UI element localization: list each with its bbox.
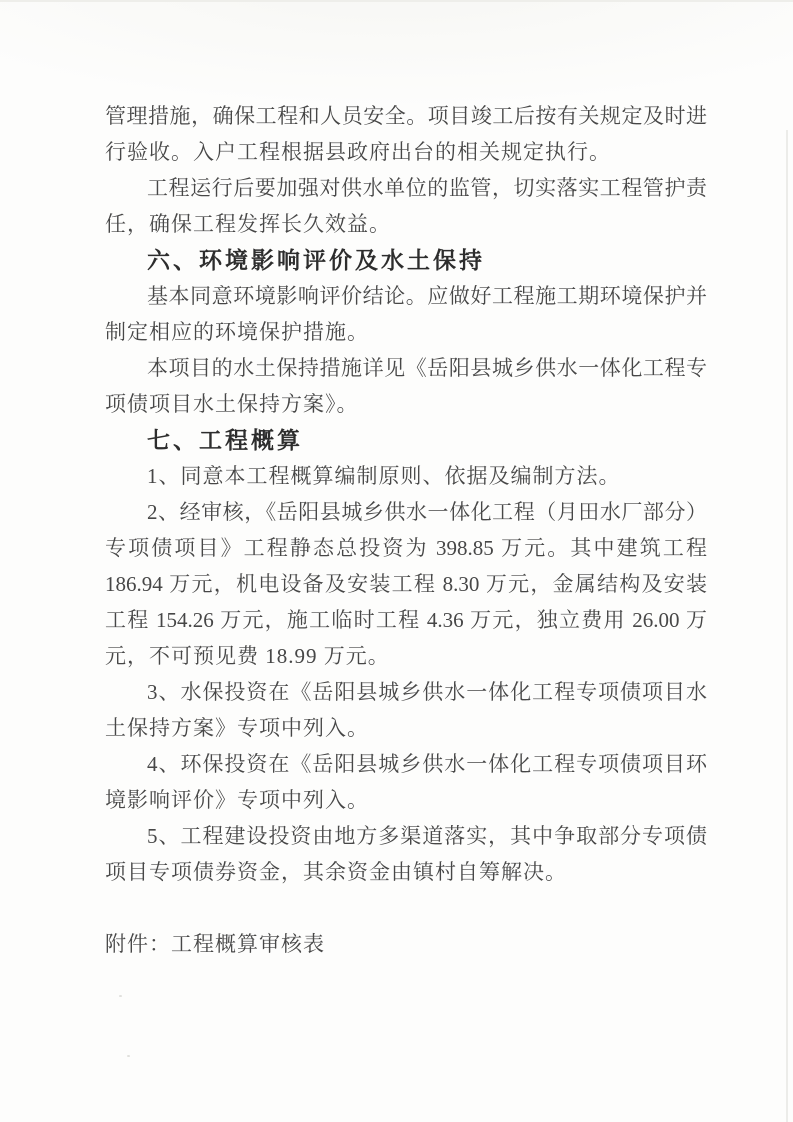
text-line: 管理措施，确保工程和人员安全。项目竣工后按有关规定及时进 <box>105 98 707 134</box>
scan-artifact-right-edge <box>786 130 788 1122</box>
text-line: 元，不可预见费 18.99 万元。 <box>105 638 707 674</box>
text-line: 3、水保投资在《岳阳县城乡供水一体化工程专项债项目水 <box>105 674 707 710</box>
section-heading: 六、环境影响评价及水土保持 <box>105 242 707 278</box>
text-line: 工程 154.26 万元，施工临时工程 4.36 万元，独立费用 26.00 万 <box>105 602 707 638</box>
document-page: 管理措施，确保工程和人员安全。项目竣工后按有关规定及时进行验收。入户工程根据县政… <box>0 0 793 1122</box>
scan-speck <box>127 1055 130 1057</box>
document-body: 管理措施，确保工程和人员安全。项目竣工后按有关规定及时进行验收。入户工程根据县政… <box>105 98 707 962</box>
text-line: 项债项目水土保持方案》。 <box>105 386 707 422</box>
text-line: 附件：工程概算审核表 <box>105 926 707 962</box>
text-line: 项目专项债券资金，其余资金由镇村自筹解决。 <box>105 854 707 890</box>
text-line: 本项目的水土保持措施详见《岳阳县城乡供水一体化工程专 <box>105 350 707 386</box>
text-line: 基本同意环境影响评价结论。应做好工程施工期环境保护并 <box>105 278 707 314</box>
text-line: 工程运行后要加强对供水单位的监管，切实落实工程管护责 <box>105 170 707 206</box>
text-line: 专项债项目》工程静态总投资为 398.85 万元。其中建筑工程 <box>105 530 707 566</box>
text-line: 制定相应的环境保护措施。 <box>105 314 707 350</box>
section-heading: 七、工程概算 <box>105 422 707 458</box>
scan-speck <box>119 995 122 997</box>
text-line: 4、环保投资在《岳阳县城乡供水一体化工程专项债项目环 <box>105 746 707 782</box>
text-line: 土保持方案》专项中列入。 <box>105 710 707 746</box>
text-line: 2、经审核，《岳阳县城乡供水一体化工程（月田水厂部分） <box>105 494 707 530</box>
text-line: 186.94 万元，机电设备及安装工程 8.30 万元，金属结构及安装 <box>105 566 707 602</box>
text-line: 1、同意本工程概算编制原则、依据及编制方法。 <box>105 458 707 494</box>
text-line: 任，确保工程发挥长久效益。 <box>105 206 707 242</box>
text-line: 5、工程建设投资由地方多渠道落实，其中争取部分专项债 <box>105 818 707 854</box>
text-line: 行验收。入户工程根据县政府出台的相关规定执行。 <box>105 134 707 170</box>
text-line: 境影响评价》专项中列入。 <box>105 782 707 818</box>
